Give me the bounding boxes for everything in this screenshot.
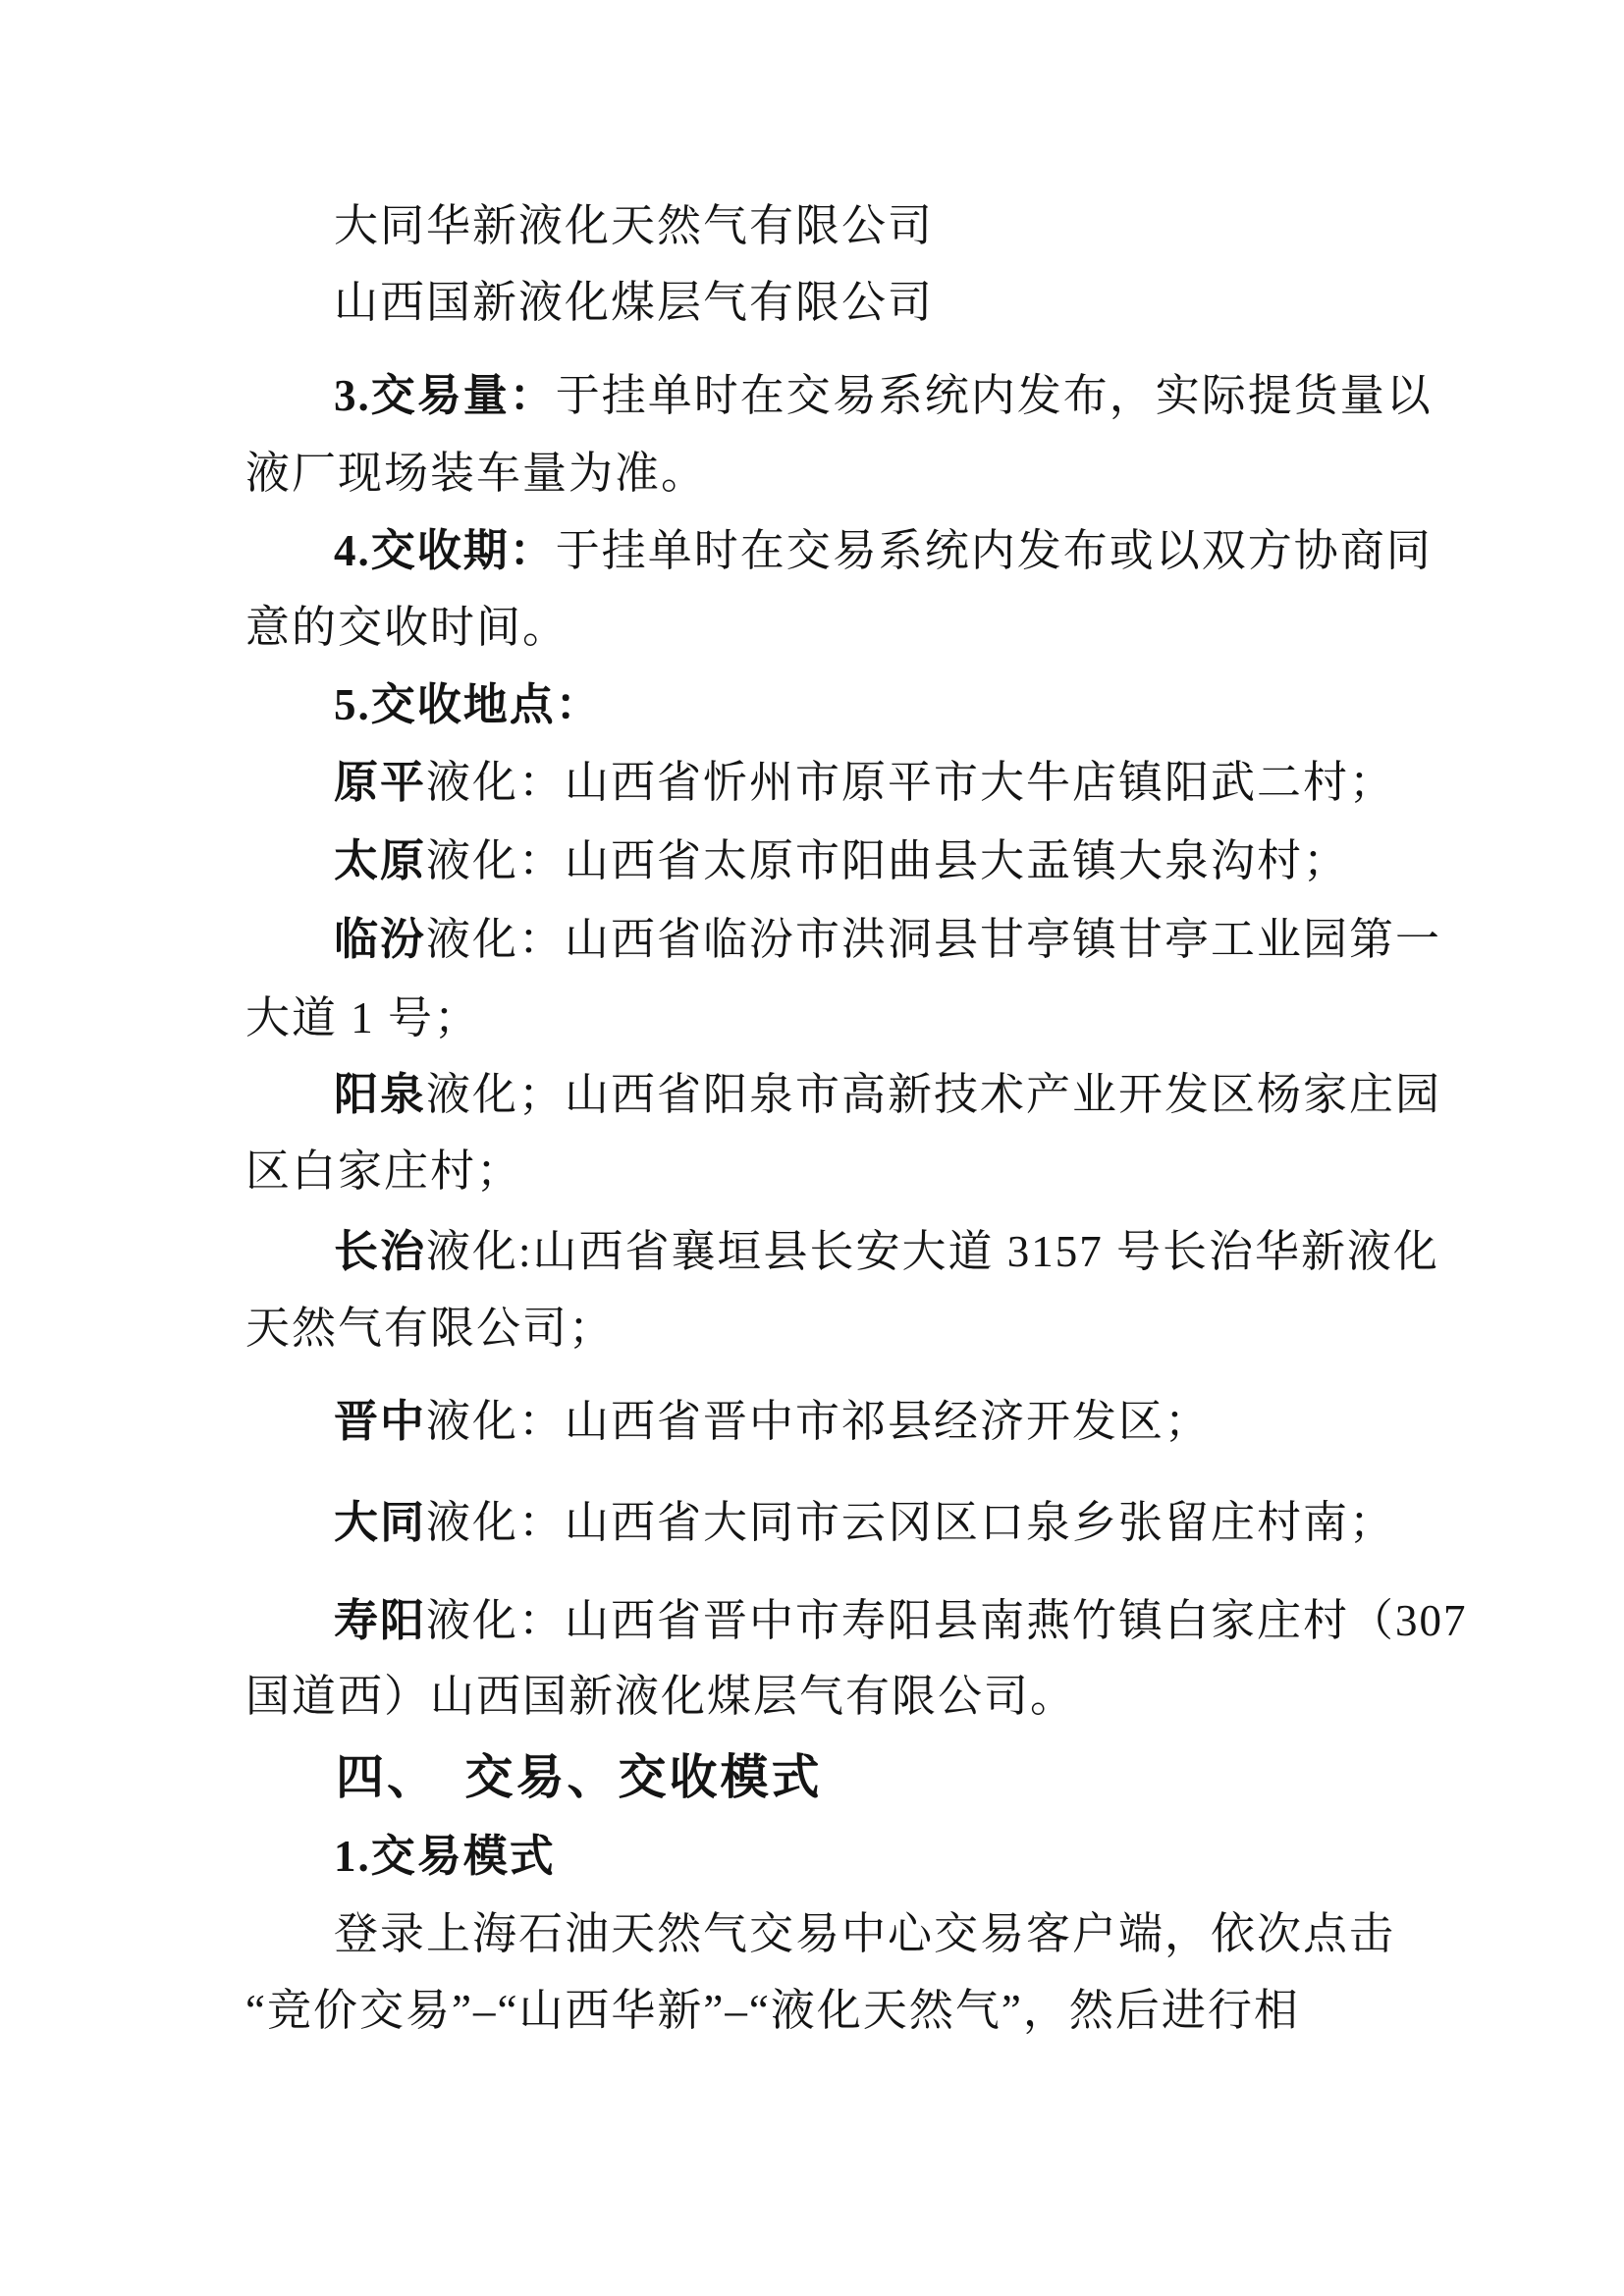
- trade-volume-cont-segment-0: 液厂现场装车量为准。: [245, 449, 707, 498]
- delivery-location-head-segment-0: 5.交收地点：: [334, 680, 602, 729]
- loc-jinzhong: 晋中液化：山西省晋中市祁县经济开发区；: [334, 1397, 1211, 1448]
- delivery-location-head: 5.交收地点：: [334, 680, 602, 731]
- delivery-period-cont-segment-0: 意的交收时间。: [245, 603, 568, 652]
- loc-datong: 大同液化：山西省大同市云冈区口泉乡张留庄村南；: [334, 1498, 1395, 1549]
- loc-datong-segment-1: 液化：山西省大同市云冈区口泉乡张留庄村南；: [426, 1498, 1395, 1547]
- loc-yangquan-segment-0: 阳泉: [334, 1070, 426, 1119]
- loc-datong-segment-0: 大同: [334, 1498, 426, 1547]
- loc-linfen: 临汾液化：山西省临汾市洪洞县甘亭镇甘亭工业园第一: [334, 915, 1441, 966]
- section-heading-segment-0: 四、 交易、交收模式: [336, 1749, 823, 1805]
- delivery-period-cont: 意的交收时间。: [245, 603, 568, 654]
- company-line-1-segment-0: 大同华新液化天然气有限公司: [334, 201, 934, 250]
- loc-linfen-segment-0: 临汾: [334, 915, 426, 964]
- trade-volume-line-segment-1: 于挂单时在交易系统内发布，实际提货量以: [556, 371, 1433, 420]
- company-line-2-segment-0: 山西国新液化煤层气有限公司: [334, 278, 934, 327]
- trade-mode-line-2-segment-0: “竞价交易”–“山西华新”–“液化天然气”，然后进行相: [245, 1986, 1300, 2035]
- loc-shouyang-cont: 国道西）山西国新液化煤层气有限公司。: [245, 1672, 1076, 1723]
- loc-changzhi-segment-0: 长治: [334, 1227, 426, 1276]
- loc-taiyuan-segment-0: 太原: [334, 836, 426, 885]
- loc-shouyang-cont-segment-0: 国道西）山西国新液化煤层气有限公司。: [245, 1672, 1076, 1721]
- loc-changzhi-segment-1: 液化:山西省襄垣县长安大道 3157 号长治华新液化: [426, 1227, 1439, 1276]
- delivery-period-line-segment-0: 4.交收期：: [334, 526, 556, 575]
- trade-volume-line: 3.交易量：于挂单时在交易系统内发布，实际提货量以: [334, 371, 1433, 422]
- trade-volume-cont: 液厂现场装车量为准。: [245, 449, 707, 500]
- loc-linfen-segment-1: 液化：山西省临汾市洪洞县甘亭镇甘亭工业园第一: [426, 915, 1441, 964]
- subsection-heading-segment-0: 1.交易模式: [334, 1832, 556, 1881]
- loc-shouyang-segment-0: 寿阳: [334, 1596, 426, 1645]
- loc-taiyuan-segment-1: 液化：山西省太原市阳曲县大盂镇大泉沟村；: [426, 836, 1349, 885]
- trade-mode-line-1: 登录上海石油天然气交易中心交易客户端，依次点击: [334, 1909, 1395, 1960]
- delivery-period-line-segment-1: 于挂单时在交易系统内发布或以双方协商同: [556, 526, 1433, 575]
- loc-yangquan: 阳泉液化；山西省阳泉市高新技术产业开发区杨家庄园: [334, 1070, 1441, 1121]
- loc-yuanping-segment-1: 液化：山西省忻州市原平市大牛店镇阳武二村；: [426, 758, 1395, 807]
- loc-linfen-cont-segment-0: 大道 1 号；: [245, 993, 480, 1042]
- delivery-period-line: 4.交收期：于挂单时在交易系统内发布或以双方协商同: [334, 526, 1433, 577]
- loc-shouyang: 寿阳液化：山西省晋中市寿阳县南燕竹镇白家庄村（307: [334, 1596, 1468, 1647]
- subsection-heading: 1.交易模式: [334, 1832, 556, 1883]
- loc-yangquan-cont-segment-0: 区白家庄村；: [245, 1147, 522, 1196]
- loc-taiyuan: 太原液化：山西省太原市阳曲县大盂镇大泉沟村；: [334, 836, 1349, 887]
- document-page: 大同华新液化天然气有限公司山西国新液化煤层气有限公司3.交易量：于挂单时在交易系…: [0, 0, 1624, 2296]
- loc-yangquan-segment-1: 液化；山西省阳泉市高新技术产业开发区杨家庄园: [426, 1070, 1441, 1119]
- loc-jinzhong-segment-0: 晋中: [334, 1397, 426, 1446]
- loc-changzhi: 长治液化:山西省襄垣县长安大道 3157 号长治华新液化: [334, 1227, 1439, 1278]
- trade-mode-line-1-segment-0: 登录上海石油天然气交易中心交易客户端，依次点击: [334, 1909, 1395, 1958]
- loc-shouyang-segment-1: 液化：山西省晋中市寿阳县南燕竹镇白家庄村（307: [426, 1596, 1468, 1645]
- company-line-2: 山西国新液化煤层气有限公司: [334, 278, 934, 329]
- section-heading: 四、 交易、交收模式: [336, 1750, 823, 1805]
- loc-yuanping: 原平液化：山西省忻州市原平市大牛店镇阳武二村；: [334, 758, 1395, 809]
- loc-linfen-cont: 大道 1 号；: [245, 993, 480, 1044]
- loc-jinzhong-segment-1: 液化：山西省晋中市祁县经济开发区；: [426, 1397, 1211, 1446]
- loc-yangquan-cont: 区白家庄村；: [245, 1147, 522, 1198]
- loc-yuanping-segment-0: 原平: [334, 758, 426, 807]
- trade-volume-line-segment-0: 3.交易量：: [334, 371, 556, 420]
- loc-changzhi-cont-segment-0: 天然气有限公司；: [245, 1304, 615, 1353]
- loc-changzhi-cont: 天然气有限公司；: [245, 1304, 615, 1355]
- trade-mode-line-2: “竞价交易”–“山西华新”–“液化天然气”，然后进行相: [245, 1986, 1300, 2037]
- company-line-1: 大同华新液化天然气有限公司: [334, 201, 934, 252]
